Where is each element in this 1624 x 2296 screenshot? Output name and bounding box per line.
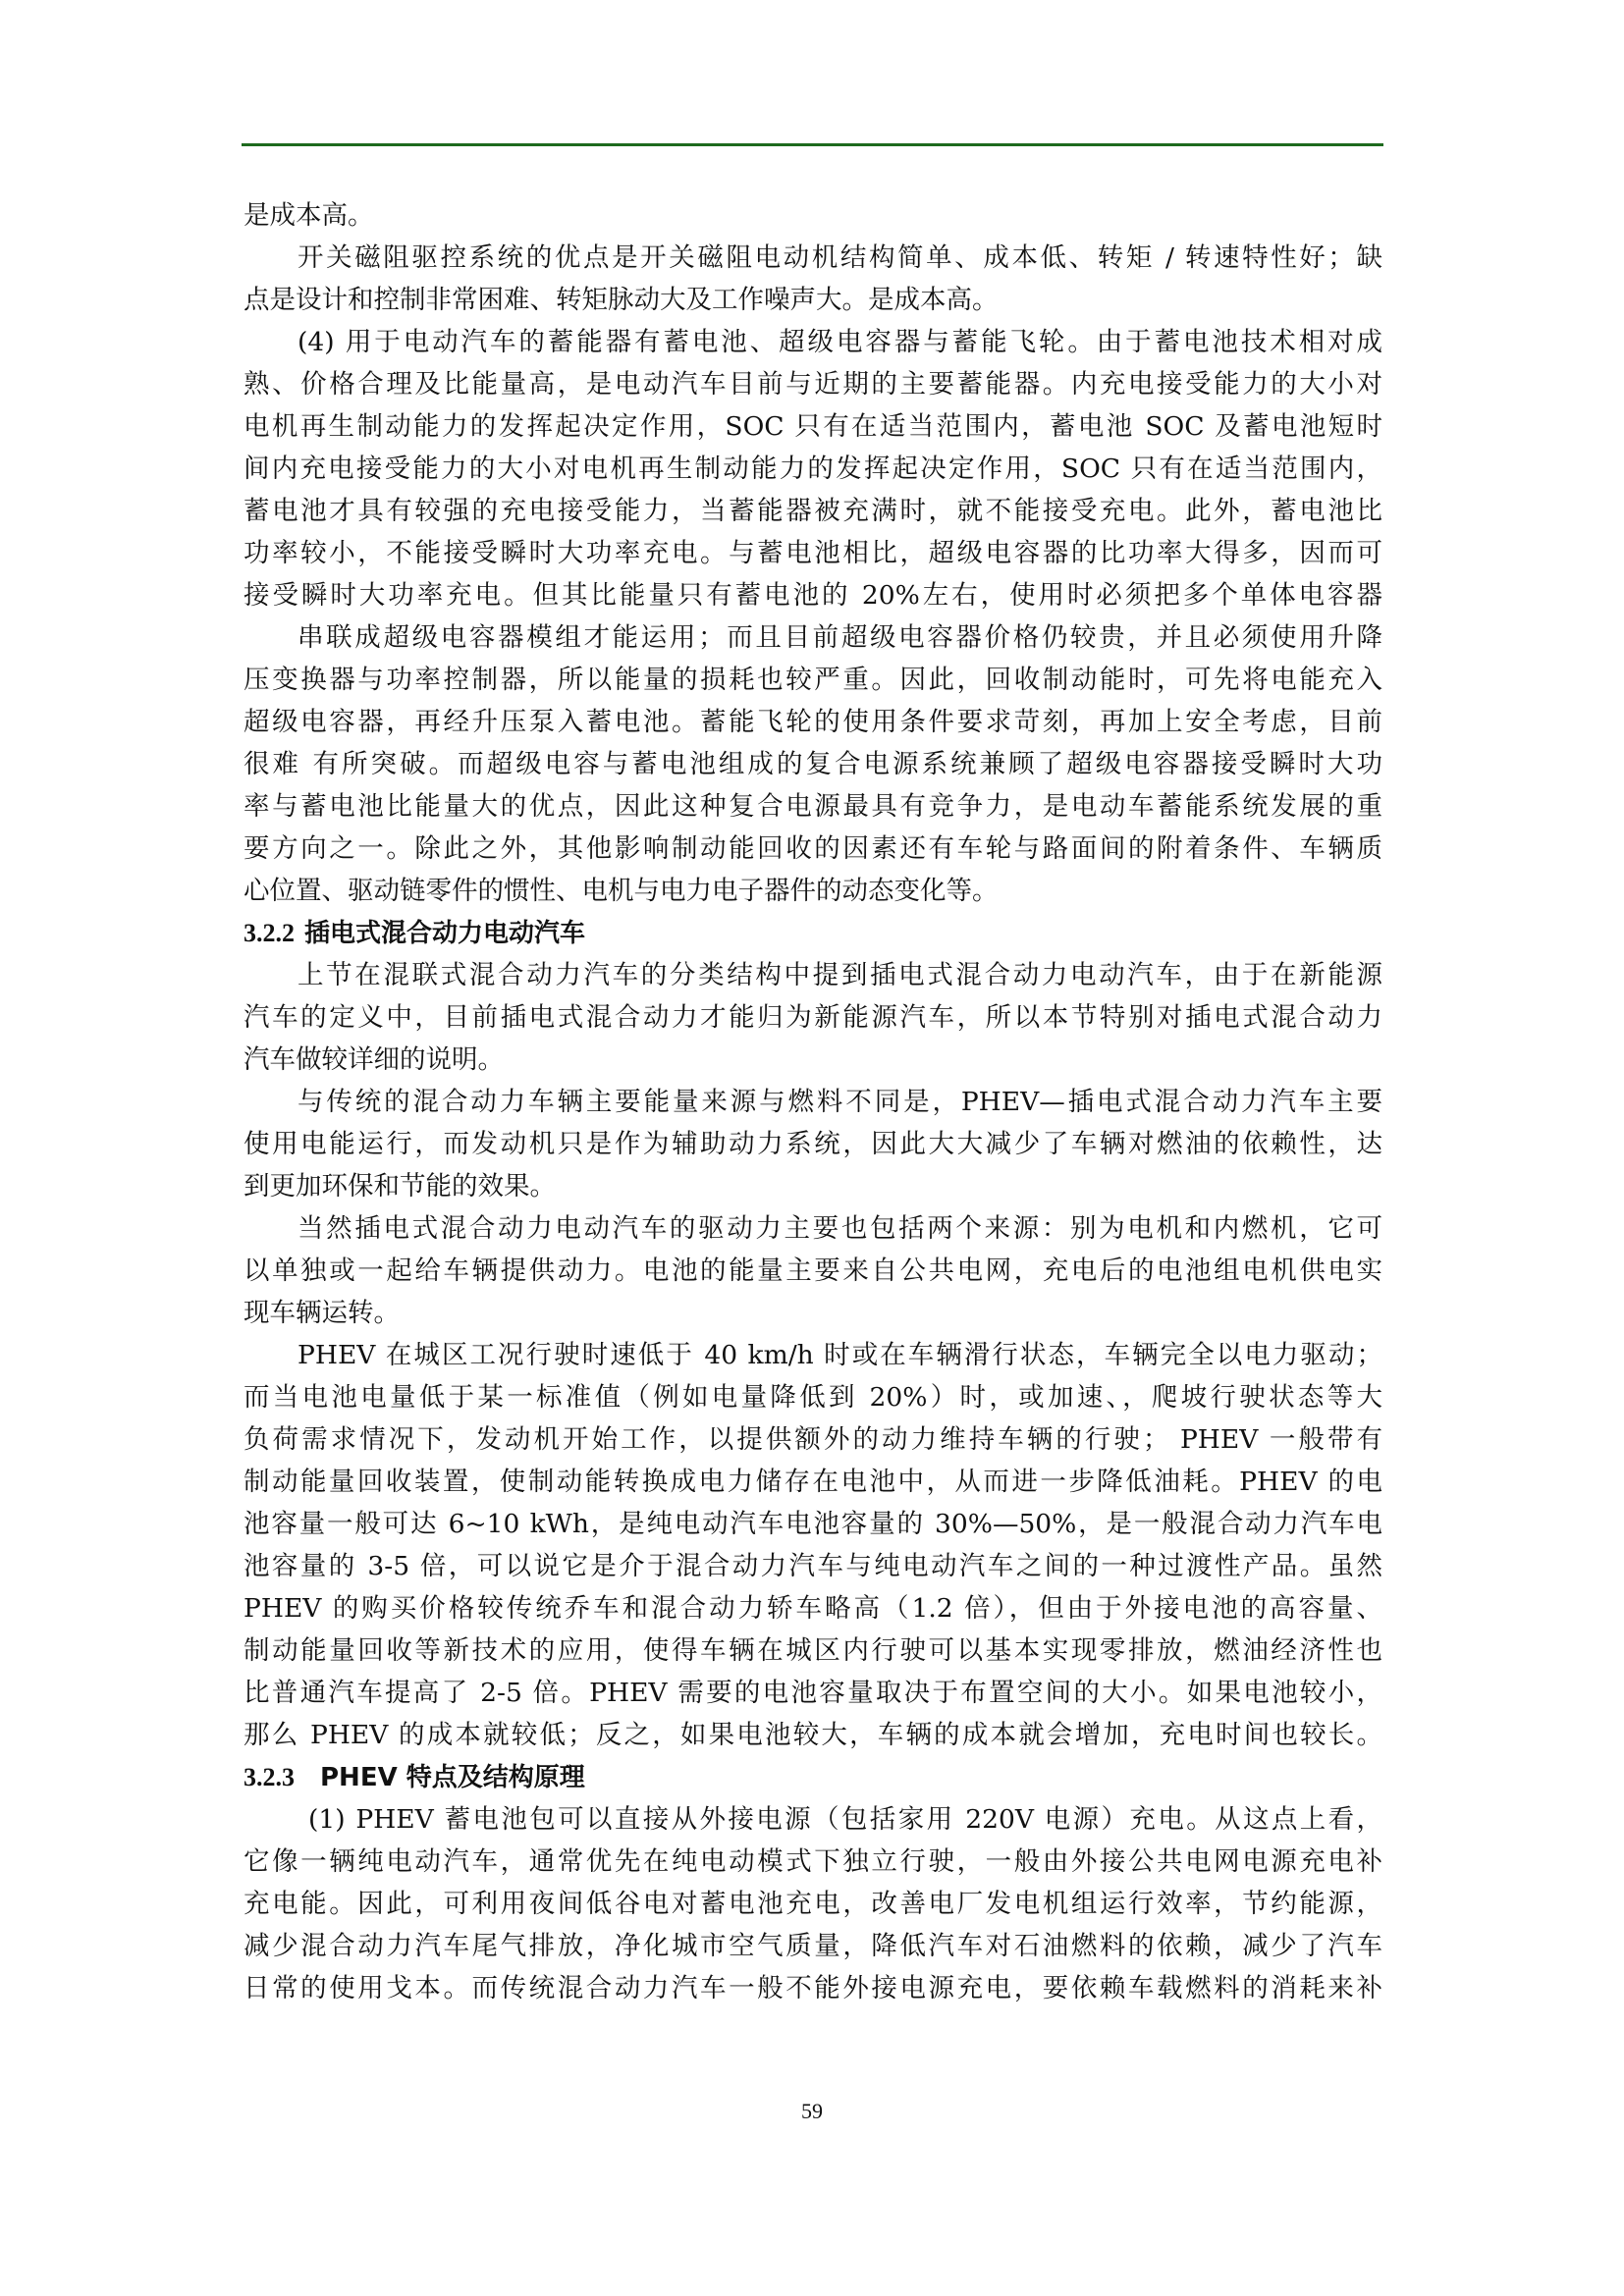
paragraph-line: 接受瞬时大功率充电。但其比能量只有蓄电池的 20%左右，使用时必须把多个单体电容… — [244, 574, 1382, 616]
paragraph-line: 压变换器与功率控制器，所以能量的损耗也较严重。因此，回收制动能时，可先将电能充入 — [244, 659, 1382, 701]
paragraph-line: 汽车的定义中，目前插电式混合动力才能归为新能源汽车，所以本节特别对插电式混合动力 — [244, 996, 1382, 1039]
paragraph-line: 功率较小，不能接受瞬时大功率充电。与蓄电池相比，超级电容器的比功率大得多，因而可 — [244, 532, 1382, 574]
paragraph-line: 那么 PHEV 的成本就较低；反之，如果电池较大，车辆的成本就会增加，充电时间也… — [244, 1714, 1382, 1756]
section-title: 插电式混合动力电动汽车 — [304, 919, 585, 948]
paragraph-line: PHEV 在城区工况行驶时速低于 40 km/h 时或在车辆滑行状态，车辆完全以… — [244, 1334, 1382, 1376]
paragraph-line: 要方向之一。除此之外，其他影响制动能回收的因素还有车轮与路面间的附着条件、车辆质 — [244, 828, 1382, 870]
paragraph-line: 当然插电式混合动力电动汽车的驱动力主要也包括两个来源：别为电机和内燃机，它可 — [244, 1207, 1382, 1250]
paragraph-line: (4) 用于电动汽车的蓄能器有蓄电池、超级电容器与蓄能飞轮。由于蓄电池技术相对成 — [244, 321, 1382, 363]
paragraph-line: 制动能量回收装置，使制动能转换成电力储存在电池中，从而进一步降低油耗。PHEV … — [244, 1461, 1382, 1503]
paragraph-line: 超级电容器，再经升压泵入蓄电池。蓄能飞轮的使用条件要求苛刻，再加上安全考虑，目前 — [244, 701, 1382, 743]
paragraph-line: 制动能量回收等新技术的应用，使得车辆在城区内行驶可以基本实现零排放，燃油经济性也 — [244, 1629, 1382, 1672]
paragraph-line: 上节在混联式混合动力汽车的分类结构中提到插电式混合动力电动汽车，由于在新能源 — [244, 954, 1382, 996]
paragraph-line: 比普通汽车提高了 2-5 倍。PHEV 需要的电池容量取决于布置空间的大小。如果… — [244, 1672, 1382, 1714]
paragraph-line: 电机再生制动能力的发挥起决定作用，SOC 只有在适当范围内，蓄电池 SOC 及蓄… — [244, 405, 1382, 448]
paragraph-line: 日常的使用戈本。而传统混合动力汽车一般不能外接电源充电，要依赖车载燃料的消耗来补 — [244, 1967, 1382, 2009]
section-title: PHEV 特点及结构原理 — [320, 1763, 585, 1792]
paragraph-line: 减少混合动力汽车尾气排放，净化城市空气质量，降低汽车对石油燃料的依赖，减少了汽车 — [244, 1925, 1382, 1967]
paragraph-line: 串联成超级电容器模组才能运用；而且目前超级电容器价格仍较贵，并且必须使用升降 — [244, 616, 1382, 659]
paragraph-line: 汽车做较详细的说明。 — [244, 1039, 1382, 1081]
paragraph-line: 池容量一般可达 6~10 kWh，是纯电动汽车电池容量的 30%—50%，是一般… — [244, 1503, 1382, 1545]
paragraph-line: 开关磁阻驱控系统的优点是开关磁阻电动机结构简单、成本低、转矩 / 转速特性好；缺 — [244, 237, 1382, 279]
paragraph-line: 充电能。因此，可利用夜间低谷电对蓄电池充电，改善电厂发电机组运行效率，节约能源， — [244, 1883, 1382, 1925]
paragraph-line: 间内充电接受能力的大小对电机再生制动能力的发挥起决定作用，SOC 只有在适当范围… — [244, 448, 1382, 490]
page-body: 是成本高。 开关磁阻驱控系统的优点是开关磁阻电动机结构简单、成本低、转矩 / 转… — [244, 194, 1382, 2009]
paragraph-line: 与传统的混合动力车辆主要能量来源与燃料不同是，PHEV—插电式混合动力汽车主要 — [244, 1081, 1382, 1123]
section-number: 3.2.3 — [244, 1763, 295, 1791]
page-number: 59 — [0, 2099, 1624, 2124]
section-heading-3-2-3: 3.2.3PHEV 特点及结构原理 — [244, 1756, 1382, 1798]
paragraph-line: 很难 有所突破。而超级电容与蓄电池组成的复合电源系统兼顾了超级电容器接受瞬时大功 — [244, 743, 1382, 785]
paragraph-line: PHEV 的购买价格较传统乔车和混合动力轿车略高（1.2 倍），但由于外接电池的… — [244, 1587, 1382, 1629]
paragraph-line: 是成本高。 — [244, 194, 1382, 237]
paragraph-line: 而当电池电量低于某一标准值（例如电量降低到 20%）时，或加速、，爬坡行驶状态等… — [244, 1376, 1382, 1418]
paragraph-line: 负荷需求情况下，发动机开始工作，以提供额外的动力维持车辆的行驶； PHEV 一般… — [244, 1418, 1382, 1461]
paragraph-line: 熟、价格合理及比能量高，是电动汽车目前与近期的主要蓄能器。内充电接受能力的大小对 — [244, 363, 1382, 405]
paragraph-line: 以单独或一起给车辆提供动力。电池的能量主要来自公共电网，充电后的电池组电机供电实 — [244, 1250, 1382, 1292]
paragraph-line: 它像一辆纯电动汽车，通常优先在纯电动模式下独立行驶，一般由外接公共电网电源充电补 — [244, 1841, 1382, 1883]
paragraph-line: 使用电能运行，而发动机只是作为辅助动力系统，因此大大减少了车辆对燃油的依赖性，达 — [244, 1123, 1382, 1165]
paragraph-line: 到更加环保和节能的效果。 — [244, 1165, 1382, 1207]
paragraph-line: 池容量的 3-5 倍，可以说它是介于混合动力汽车与纯电动汽车之间的一种过渡性产品… — [244, 1545, 1382, 1587]
header-rule — [242, 143, 1383, 146]
section-heading-3-2-2: 3.2.2插电式混合动力电动汽车 — [244, 912, 1382, 954]
section-number: 3.2.2 — [244, 919, 295, 947]
paragraph-line: (1) PHEV 蓄电池包可以直接从外接电源（包括家用 220V 电源）充电。从… — [244, 1798, 1382, 1841]
paragraph-line: 蓄电池才具有较强的充电接受能力，当蓄能器被充满时，就不能接受充电。此外，蓄电池比 — [244, 490, 1382, 532]
paragraph-line: 率与蓄电池比能量大的优点，因此这种复合电源最具有竞争力，是电动车蓄能系统发展的重 — [244, 785, 1382, 828]
paragraph-line: 点是设计和控制非常困难、转矩脉动大及工作噪声大。是成本高。 — [244, 279, 1382, 321]
paragraph-line: 现车辆运转。 — [244, 1292, 1382, 1334]
paragraph-line: 心位置、驱动链零件的惯性、电机与电力电子器件的动态变化等。 — [244, 870, 1382, 912]
